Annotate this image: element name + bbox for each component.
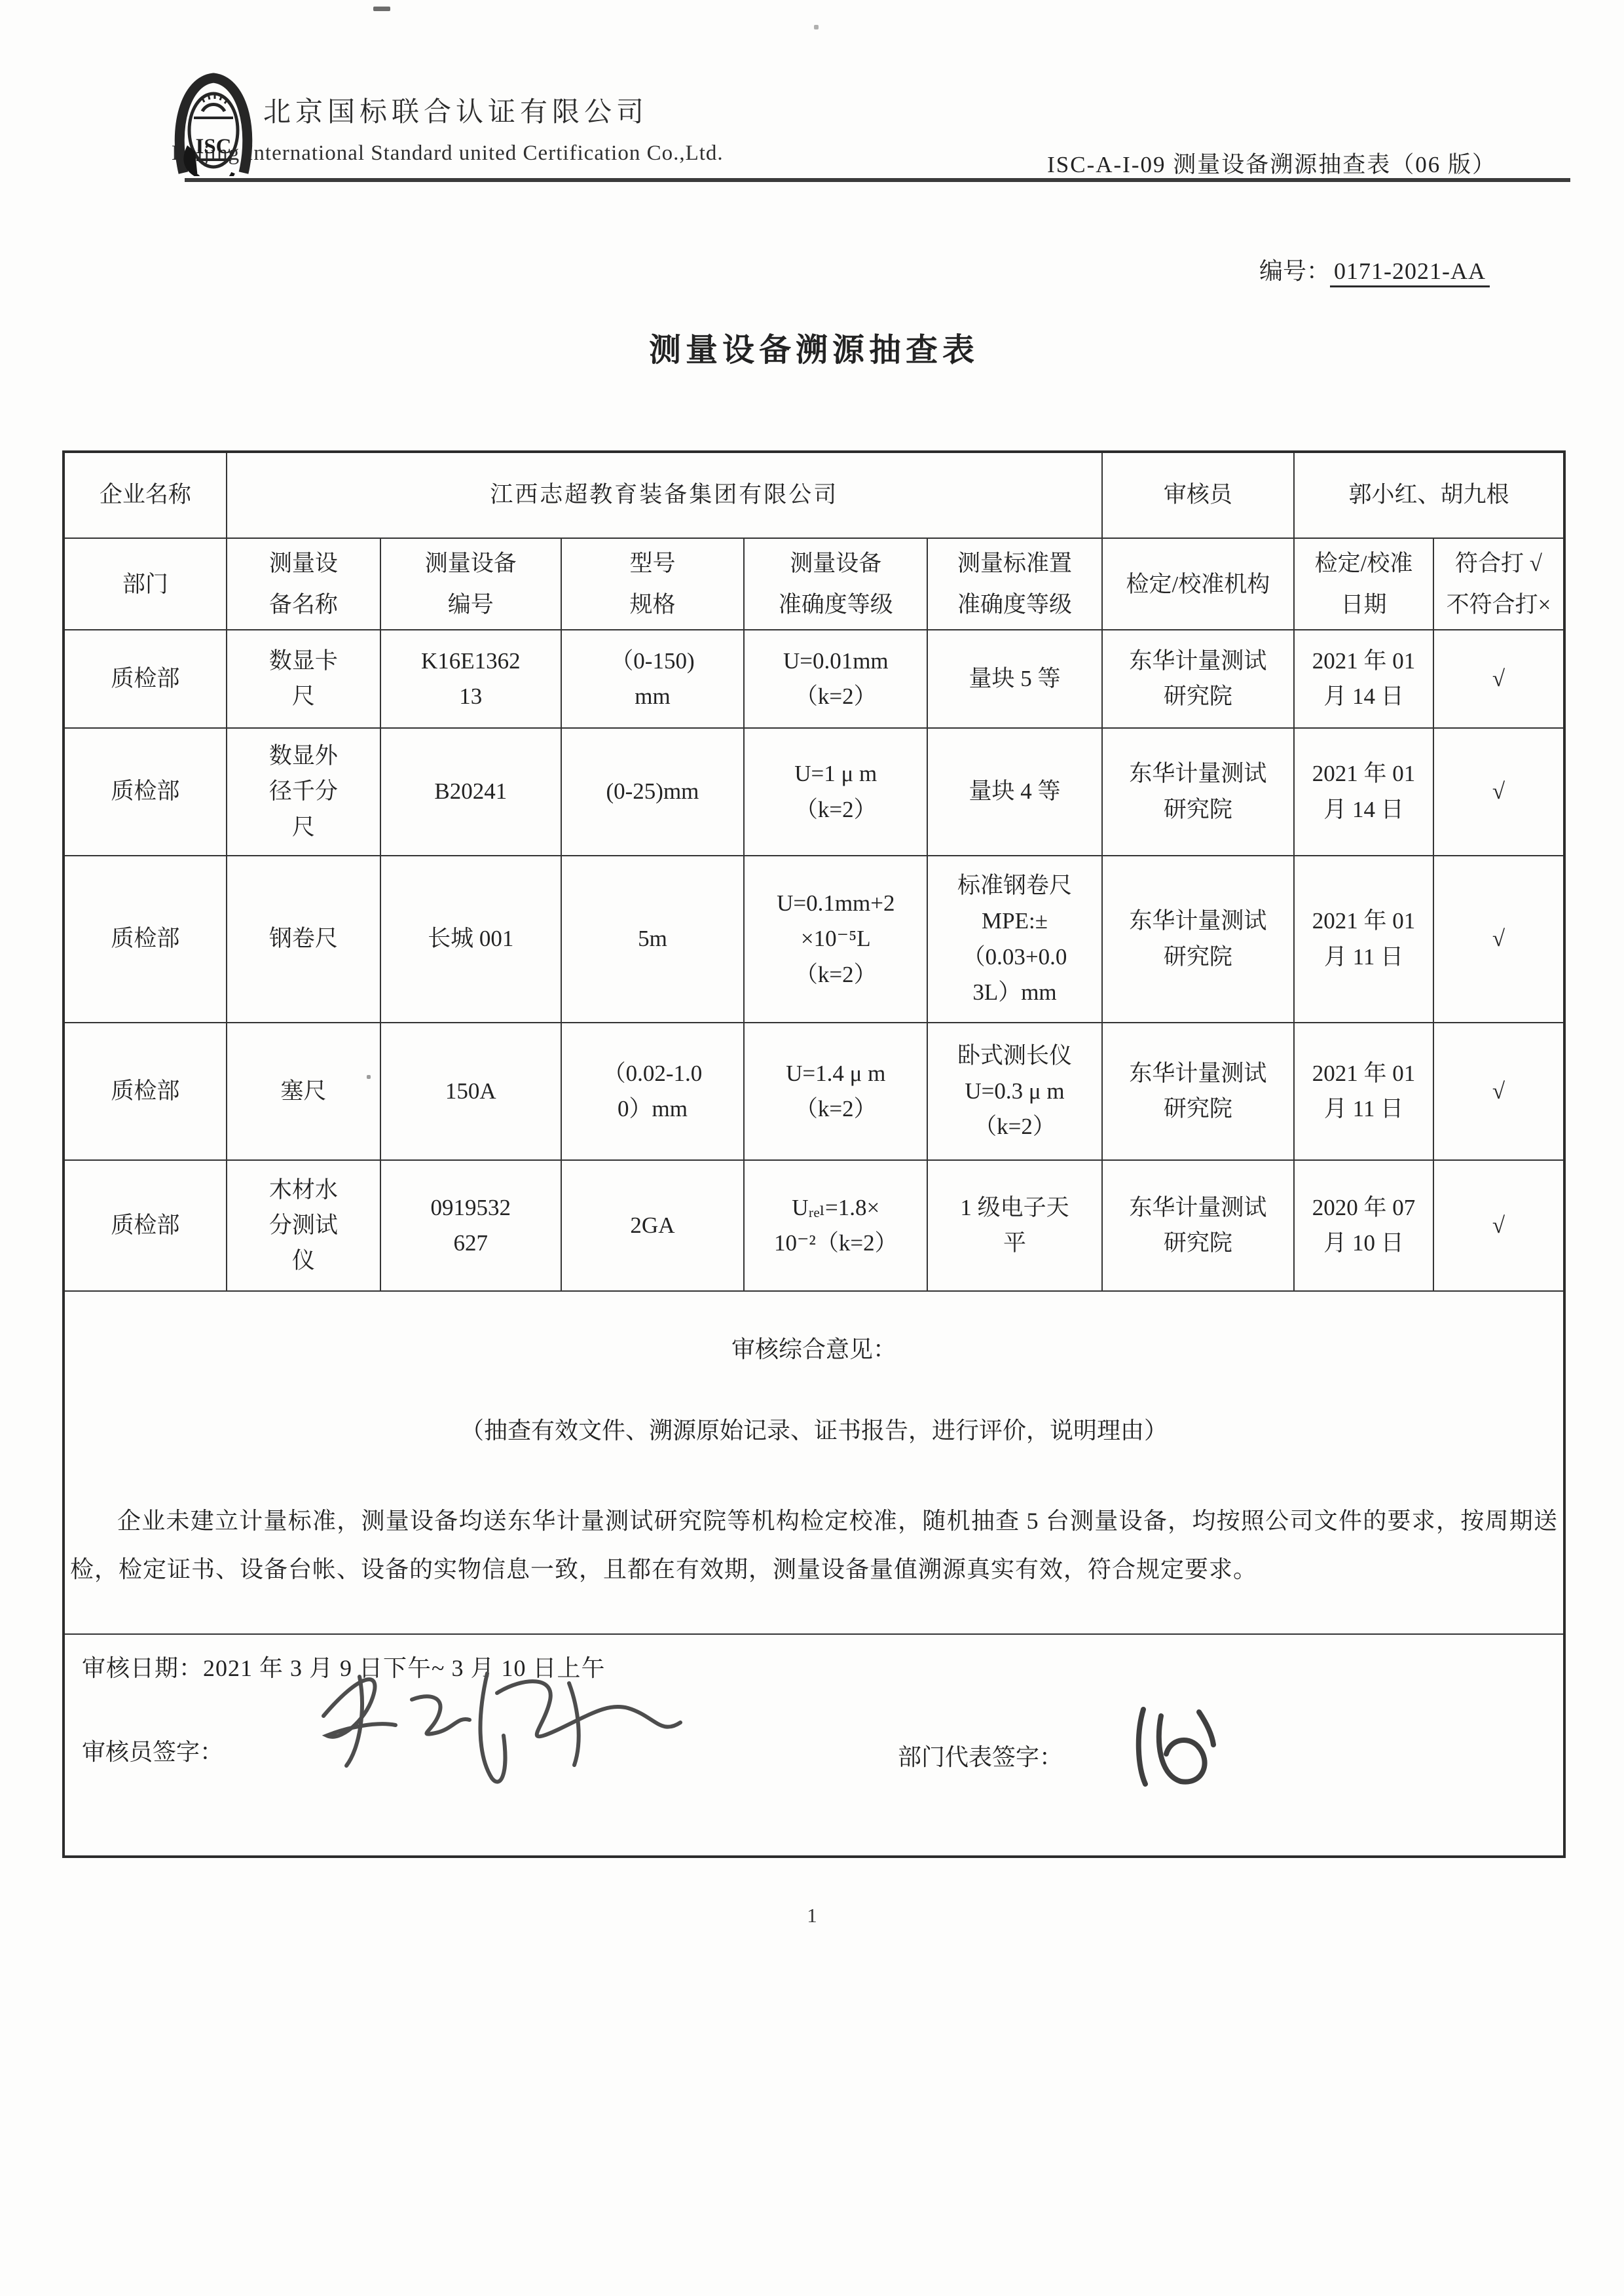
table-row-comments: 审核综合意见： （抽查有效文件、溯源原始记录、证书报告，进行评价，说明理由） 企… bbox=[64, 1291, 1564, 1634]
table-row-signatures: 审核日期：2021 年 3 月 9 日下午~ 3 月 10 日上午 审核员签字：… bbox=[64, 1634, 1564, 1857]
cell-equipment-no: 150A bbox=[380, 1023, 561, 1160]
signature-cell: 审核日期：2021 年 3 月 9 日下午~ 3 月 10 日上午 审核员签字：… bbox=[64, 1634, 1564, 1857]
table-row-company-info: 企业名称 江西志超教育装备集团有限公司 审核员 郭小红、胡九根 bbox=[64, 452, 1564, 538]
cell-calibration-org: 东华计量测试 研究院 bbox=[1102, 630, 1294, 728]
audit-comments-cell: 审核综合意见： （抽查有效文件、溯源原始记录、证书报告，进行评价，说明理由） 企… bbox=[64, 1291, 1564, 1634]
audit-comments-note: （抽查有效文件、溯源原始记录、证书报告，进行评价，说明理由） bbox=[70, 1412, 1558, 1450]
column-header-model-spec: 型号 规格 bbox=[561, 538, 745, 630]
dept-representative-signature-handwriting bbox=[1120, 1698, 1235, 1796]
cell-calibration-date: 2021 年 01 月 11 日 bbox=[1294, 1023, 1433, 1160]
form-code: ISC-A-I-09 测量设备溯源抽查表（06 版） bbox=[1047, 147, 1496, 179]
table-row: 质检部 钢卷尺 长城 001 5m U=0.1mm+2 ×10⁻⁵L （k=2）… bbox=[64, 856, 1564, 1023]
table-header-row: 部门 测量设 备名称 测量设备 编号 型号 规格 测量设备 准确度等级 测量标准… bbox=[64, 538, 1564, 630]
cell-calibration-date: 2021 年 01 月 14 日 bbox=[1294, 728, 1433, 856]
column-header-conformity: 符合打 √ 不符合打× bbox=[1433, 538, 1564, 630]
page-number: 1 bbox=[0, 1904, 1624, 1927]
scan-speck bbox=[367, 1075, 371, 1079]
cell-equipment-no: 长城 001 bbox=[380, 856, 561, 1023]
cell-model-spec: (0-25)mm bbox=[561, 728, 745, 856]
column-header-calibration-date: 检定/校准 日期 bbox=[1294, 538, 1433, 630]
cell-model-spec: 5m bbox=[561, 856, 745, 1023]
cell-calibration-date: 2020 年 07 月 10 日 bbox=[1294, 1160, 1433, 1291]
cell-equipment-name: 木材水 分测试 仪 bbox=[227, 1160, 380, 1291]
cell-department: 质检部 bbox=[64, 630, 227, 728]
auditor-signature-handwriting bbox=[261, 1637, 687, 1793]
isc-certification-logo-icon: ISC bbox=[168, 68, 259, 176]
cell-department: 质检部 bbox=[64, 856, 227, 1023]
cell-equipment-name: 塞尺 bbox=[227, 1023, 380, 1160]
column-header-equipment-accuracy: 测量设备 准确度等级 bbox=[744, 538, 927, 630]
cell-calibration-org: 东华计量测试 研究院 bbox=[1102, 1023, 1294, 1160]
cell-conformity-checkmark: √ bbox=[1433, 856, 1564, 1023]
company-name-cn: 北京国标联合认证有限公司 bbox=[263, 90, 648, 130]
cell-calibration-org: 东华计量测试 研究院 bbox=[1102, 1160, 1294, 1291]
cell-model-spec: （0-150) mm bbox=[561, 630, 745, 728]
auditor-names: 郭小红、胡九根 bbox=[1294, 452, 1564, 538]
cell-equipment-accuracy: Uᵣₑₗ=1.8× 10⁻²（k=2） bbox=[744, 1160, 927, 1291]
cell-standard-accuracy: 标准钢卷尺 MPE:± （0.03+0.0 3L）mm bbox=[927, 856, 1102, 1023]
cell-standard-accuracy: 1 级电子天 平 bbox=[927, 1160, 1102, 1291]
cell-department: 质检部 bbox=[64, 1160, 227, 1291]
auditor-label: 审核员 bbox=[1102, 452, 1294, 538]
svg-text:ISC: ISC bbox=[195, 135, 231, 158]
column-header-equipment-name: 测量设 备名称 bbox=[227, 538, 380, 630]
cell-equipment-no: 0919532 627 bbox=[380, 1160, 561, 1291]
cell-model-spec: 2GA bbox=[561, 1160, 745, 1291]
cell-department: 质检部 bbox=[64, 1023, 227, 1160]
cell-conformity-checkmark: √ bbox=[1433, 728, 1564, 856]
cell-standard-accuracy: 卧式测长仪 U=0.3 μ m （k=2） bbox=[927, 1023, 1102, 1160]
column-header-department: 部门 bbox=[64, 538, 227, 630]
dept-representative-signature-label: 部门代表签字： bbox=[898, 1740, 1063, 1776]
audit-date-label: 审核日期： bbox=[82, 1655, 203, 1681]
cell-calibration-org: 东华计量测试 研究院 bbox=[1102, 856, 1294, 1023]
cell-equipment-accuracy: U=1.4 μ m （k=2） bbox=[744, 1023, 927, 1160]
table-row: 质检部 木材水 分测试 仪 0919532 627 2GA Uᵣₑₗ=1.8× … bbox=[64, 1160, 1564, 1291]
cell-conformity-checkmark: √ bbox=[1433, 630, 1564, 728]
company-name-value: 江西志超教育装备集团有限公司 bbox=[227, 452, 1102, 538]
column-header-standard-accuracy: 测量标准置 准确度等级 bbox=[927, 538, 1102, 630]
cell-equipment-accuracy: U=1 μ m （k=2） bbox=[744, 728, 927, 856]
cell-standard-accuracy: 量块 5 等 bbox=[927, 630, 1102, 728]
cell-conformity-checkmark: √ bbox=[1433, 1160, 1564, 1291]
table-row: 质检部 数显外 径千分 尺 B20241 (0-25)mm U=1 μ m （k… bbox=[64, 728, 1564, 856]
cell-calibration-org: 东华计量测试 研究院 bbox=[1102, 728, 1294, 856]
cell-equipment-name: 数显外 径千分 尺 bbox=[227, 728, 380, 856]
letterhead-rule bbox=[185, 178, 1570, 182]
cell-model-spec: （0.02-1.0 0）mm bbox=[561, 1023, 745, 1160]
scanned-document-page: ISC 北京国标联合认证有限公司 Beijing International S… bbox=[0, 0, 1624, 2296]
document-number-label: 编号： bbox=[1259, 258, 1330, 284]
cell-equipment-no: B20241 bbox=[380, 728, 561, 856]
page-title: 测量设备溯源抽查表 bbox=[62, 325, 1566, 371]
traceability-table: 企业名称 江西志超教育装备集团有限公司 审核员 郭小红、胡九根 部门 测量设 备… bbox=[62, 450, 1566, 1858]
column-header-equipment-no: 测量设备 编号 bbox=[380, 538, 561, 630]
cell-calibration-date: 2021 年 01 月 11 日 bbox=[1294, 856, 1433, 1023]
column-header-calibration-org: 检定/校准机构 bbox=[1102, 538, 1294, 630]
cell-equipment-name: 数显卡 尺 bbox=[227, 630, 380, 728]
table-row: 质检部 塞尺 150A （0.02-1.0 0）mm U=1.4 μ m （k=… bbox=[64, 1023, 1564, 1160]
cell-standard-accuracy: 量块 4 等 bbox=[927, 728, 1102, 856]
scan-speck bbox=[814, 25, 819, 29]
cell-calibration-date: 2021 年 01 月 14 日 bbox=[1294, 630, 1433, 728]
cell-equipment-name: 钢卷尺 bbox=[227, 856, 380, 1023]
cell-department: 质检部 bbox=[64, 728, 227, 856]
auditor-signature-label: 审核员签字： bbox=[82, 1734, 223, 1771]
cell-equipment-accuracy: U=0.1mm+2 ×10⁻⁵L （k=2） bbox=[744, 856, 927, 1023]
scan-speck bbox=[373, 7, 390, 11]
cell-equipment-no: K16E1362 13 bbox=[380, 630, 561, 728]
audit-comments-label: 审核综合意见： bbox=[70, 1331, 1558, 1369]
document-number: 编号：0171-2021-AA bbox=[1259, 253, 1490, 286]
audit-comments-body: 企业未建立计量标准，测量设备均送东华计量测试研究院等机构检定校准，随机抽查 5 … bbox=[70, 1497, 1558, 1594]
document-number-value: 0171-2021-AA bbox=[1330, 258, 1490, 287]
cell-equipment-accuracy: U=0.01mm （k=2） bbox=[744, 630, 927, 728]
table-row: 质检部 数显卡 尺 K16E1362 13 （0-150) mm U=0.01m… bbox=[64, 630, 1564, 728]
company-name-label: 企业名称 bbox=[64, 452, 227, 538]
cell-conformity-checkmark: √ bbox=[1433, 1023, 1564, 1160]
